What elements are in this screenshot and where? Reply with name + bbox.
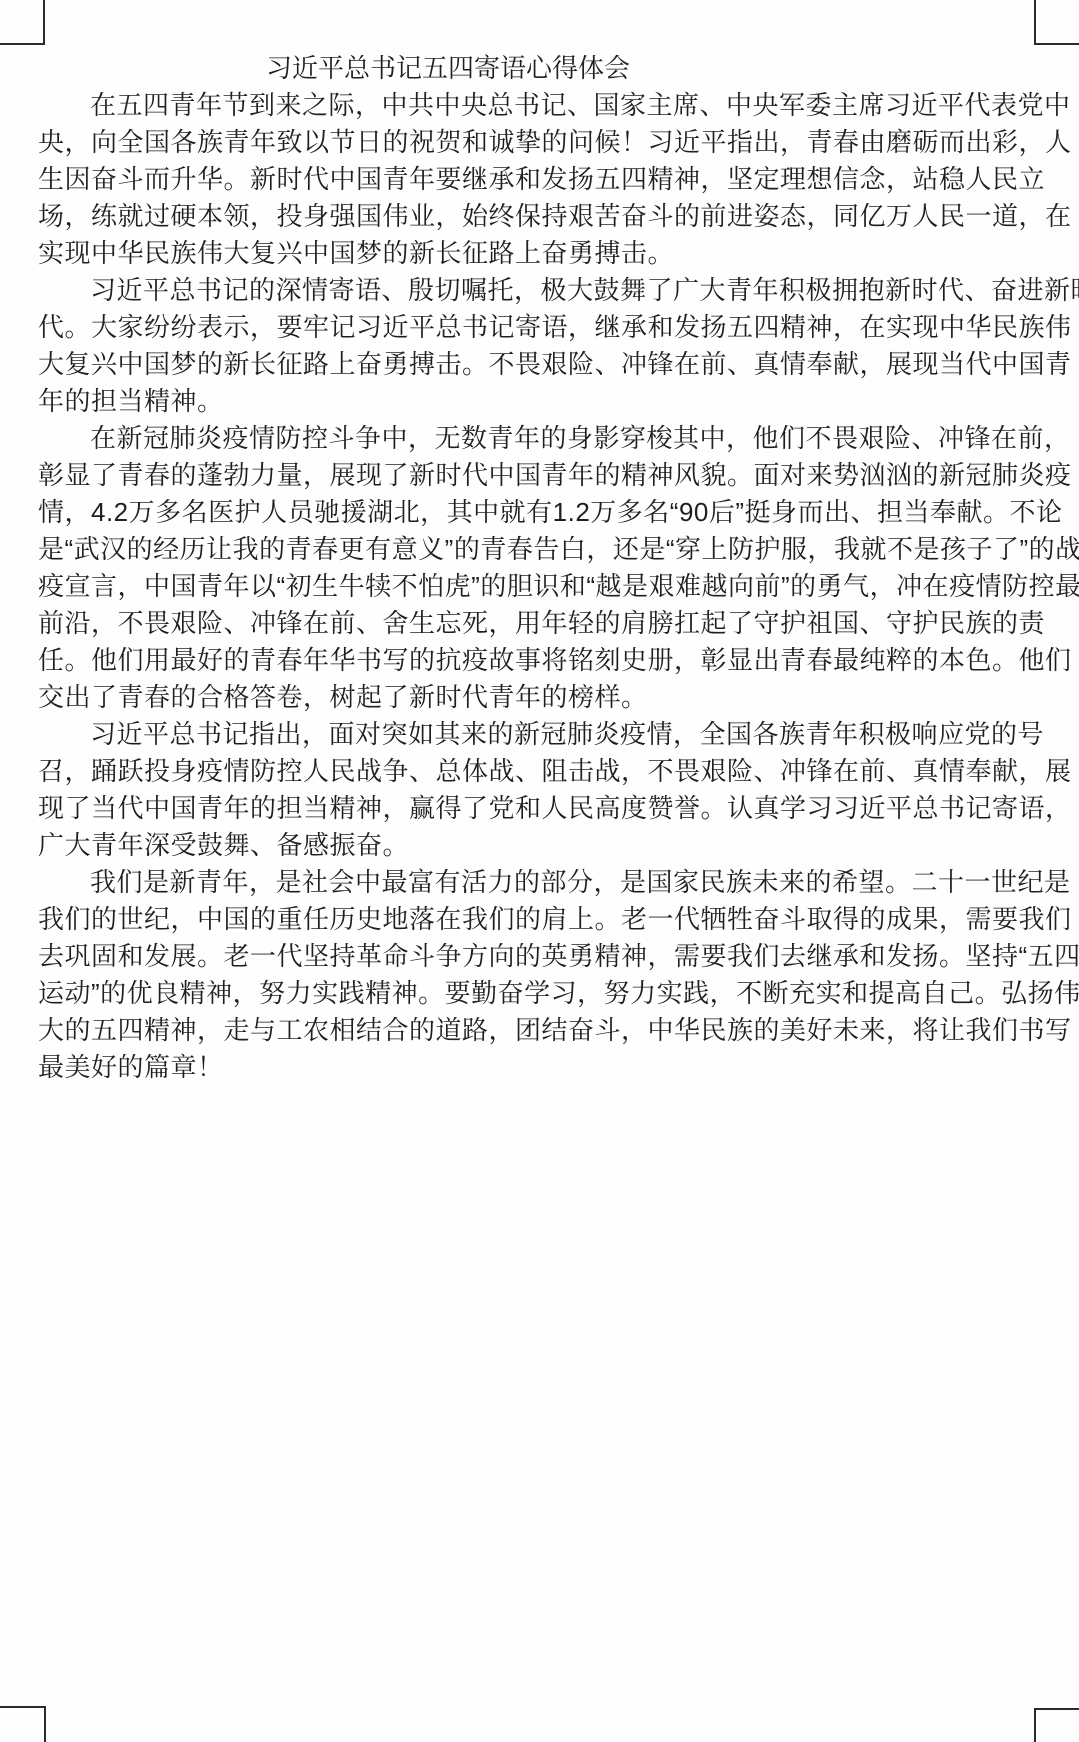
paragraph: 习近平总书记指出，面对突如其来的新冠肺炎疫情，全国各族青年积极响应党的号召，踊跃… bbox=[38, 716, 1046, 864]
text-line: 场，练就过硬本领，投身强国伟业，始终保持艰苦奋斗的前进姿态，同亿万人民一道，在 bbox=[38, 198, 1046, 235]
text-line: 在五四青年节到来之际，中共中央总书记、国家主席、中央军委主席习近平代表党中 bbox=[38, 87, 1046, 124]
text-line: 最美好的篇章！ bbox=[38, 1049, 1046, 1086]
text-line: 任。他们用最好的青春年华书写的抗疫故事将铭刻史册，彰显出青春最纯粹的本色。他们 bbox=[38, 642, 1046, 679]
text-line: 大复兴中国梦的新长征路上奋勇搏击。不畏艰险、冲锋在前、真情奉献，展现当代中国青 bbox=[38, 346, 1046, 383]
text-line: 央，向全国各族青年致以节日的祝贺和诚挚的问候！习近平指出，青春由磨砺而出彩，人 bbox=[38, 124, 1046, 161]
paragraph: 我们是新青年，是社会中最富有活力的部分，是国家民族未来的希望。二十一世纪是我们的… bbox=[38, 864, 1046, 1086]
document-content: 习近平总书记五四寄语心得体会 在五四青年节到来之际，中共中央总书记、国家主席、中… bbox=[38, 50, 1046, 1086]
text-line: 是“武汉的经历让我的青春更有意义”的青春告白，还是“穿上防护服，我就不是孩子了”… bbox=[38, 531, 1046, 568]
text-line: 大的五四精神，走与工农相结合的道路，团结奋斗，中华民族的美好未来，将让我们书写 bbox=[38, 1012, 1046, 1049]
document-body: 在五四青年节到来之际，中共中央总书记、国家主席、中央军委主席习近平代表党中央，向… bbox=[38, 87, 1046, 1086]
paragraph: 在五四青年节到来之际，中共中央总书记、国家主席、中央军委主席习近平代表党中央，向… bbox=[38, 87, 1046, 272]
text-line: 召，踊跃投身疫情防控人民战争、总体战、阻击战，不畏艰险、冲锋在前、真情奉献，展 bbox=[38, 753, 1046, 790]
text-line: 在新冠肺炎疫情防控斗争中，无数青年的身影穿梭其中，他们不畏艰险、冲锋在前， bbox=[38, 420, 1046, 457]
text-line: 我们是新青年，是社会中最富有活力的部分，是国家民族未来的希望。二十一世纪是 bbox=[38, 864, 1046, 901]
text-line: 习近平总书记指出，面对突如其来的新冠肺炎疫情，全国各族青年积极响应党的号 bbox=[38, 716, 1046, 753]
paragraph: 习近平总书记的深情寄语、殷切嘱托，极大鼓舞了广大青年积极拥抱新时代、奋进新时代。… bbox=[38, 272, 1046, 420]
text-line: 广大青年深受鼓舞、备感振奋。 bbox=[38, 827, 1046, 864]
corner-mark-bottom-left-icon bbox=[0, 1706, 46, 1742]
text-line: 现了当代中国青年的担当精神，赢得了党和人民高度赞誉。认真学习习近平总书记寄语， bbox=[38, 790, 1046, 827]
text-line: 我们的世纪，中国的重任历史地落在我们的肩上。老一代牺牲奋斗取得的成果，需要我们 bbox=[38, 901, 1046, 938]
document-page: 习近平总书记五四寄语心得体会 在五四青年节到来之际，中共中央总书记、国家主席、中… bbox=[0, 0, 1079, 1742]
text-line: 生因奋斗而升华。新时代中国青年要继承和发扬五四精神，坚定理想信念，站稳人民立 bbox=[38, 161, 1046, 198]
text-line: 去巩固和发展。老一代坚持革命斗争方向的英勇精神，需要我们去继承和发扬。坚持“五四 bbox=[38, 938, 1046, 975]
text-line: 运动”的优良精神，努力实践精神。要勤奋学习，努力实践，不断充实和提高自己。弘扬伟 bbox=[38, 975, 1046, 1012]
paragraph: 在新冠肺炎疫情防控斗争中，无数青年的身影穿梭其中，他们不畏艰险、冲锋在前，彰显了… bbox=[38, 420, 1046, 716]
text-line: 实现中华民族伟大复兴中国梦的新长征路上奋勇搏击。 bbox=[38, 235, 1046, 272]
text-line: 情，4.2万多名医护人员驰援湖北，其中就有1.2万多名“90后”挺身而出、担当奉… bbox=[38, 494, 1046, 531]
page-title: 习近平总书记五四寄语心得体会 bbox=[266, 50, 1046, 87]
corner-mark-bottom-right-icon bbox=[1034, 1708, 1079, 1742]
corner-mark-top-right-icon bbox=[1034, 0, 1079, 45]
text-line: 习近平总书记的深情寄语、殷切嘱托，极大鼓舞了广大青年积极拥抱新时代、奋进新时 bbox=[38, 272, 1046, 309]
text-line: 前沿，不畏艰险、冲锋在前、舍生忘死，用年轻的肩膀扛起了守护祖国、守护民族的责 bbox=[38, 605, 1046, 642]
text-line: 交出了青春的合格答卷，树起了新时代青年的榜样。 bbox=[38, 679, 1046, 716]
text-line: 年的担当精神。 bbox=[38, 383, 1046, 420]
text-line: 代。大家纷纷表示，要牢记习近平总书记寄语，继承和发扬五四精神，在实现中华民族伟 bbox=[38, 309, 1046, 346]
text-line: 疫宣言，中国青年以“初生牛犊不怕虎”的胆识和“越是艰难越向前”的勇气，冲在疫情防… bbox=[38, 568, 1046, 605]
corner-mark-top-left-icon bbox=[0, 0, 45, 45]
text-line: 彰显了青春的蓬勃力量，展现了新时代中国青年的精神风貌。面对来势汹汹的新冠肺炎疫 bbox=[38, 457, 1046, 494]
